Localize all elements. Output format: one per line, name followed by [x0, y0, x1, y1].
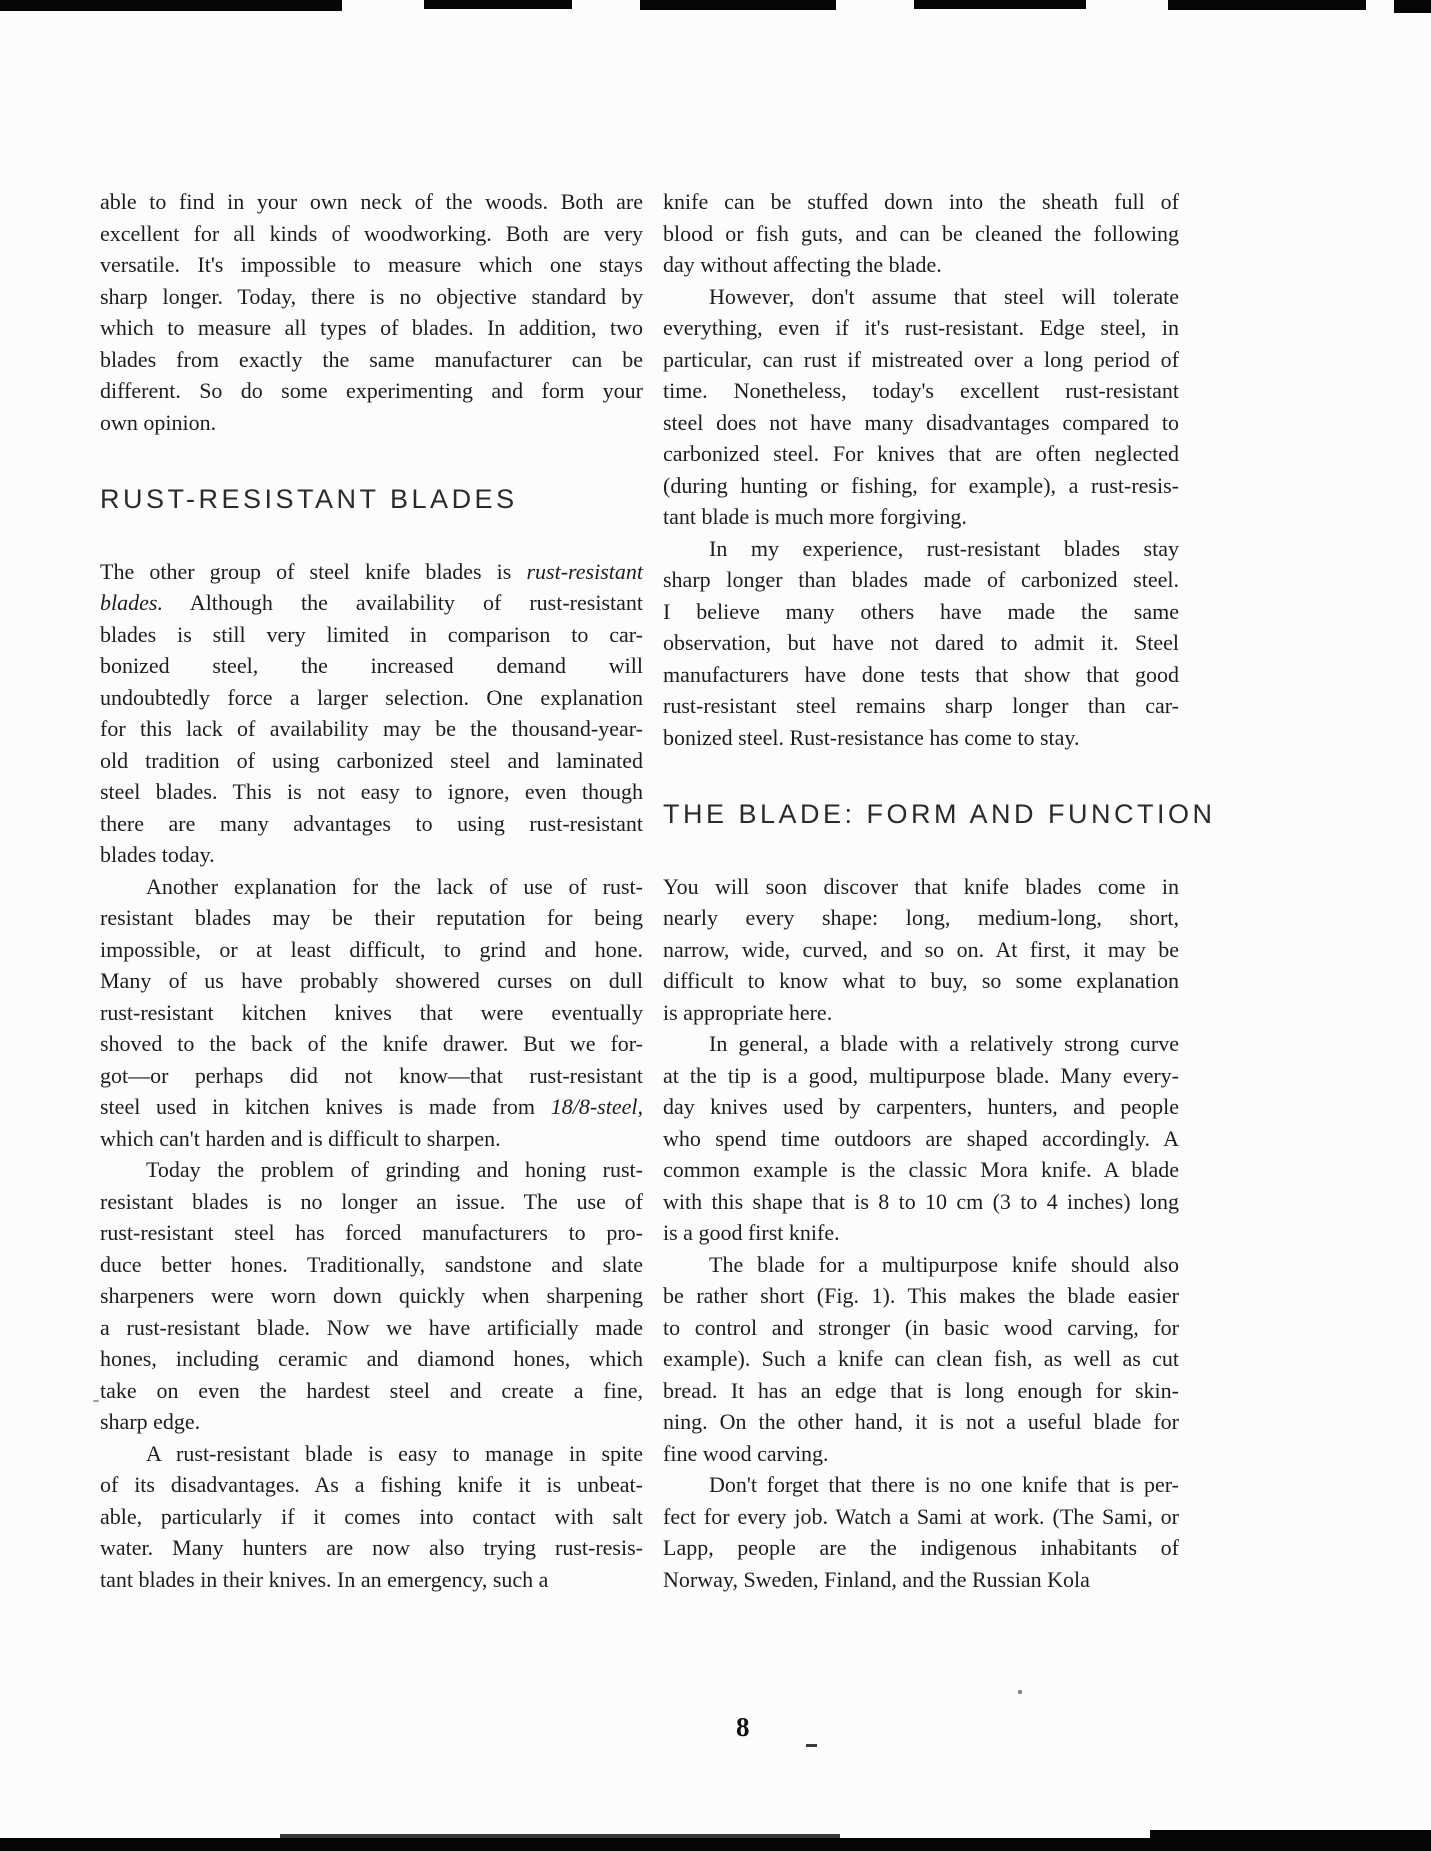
text-line: who spend time outdoors are shaped accor… [663, 1123, 1179, 1155]
text-line: fect for every job. Watch a Sami at work… [663, 1501, 1179, 1533]
text-line: (during hunting or fishing, for example)… [663, 470, 1179, 502]
text-line: resistant blades is no longer an issue. … [100, 1186, 643, 1218]
text-line: of its disadvantages. As a fishing knife… [100, 1469, 643, 1501]
paragraph: In general, a blade with a relatively st… [663, 1028, 1179, 1249]
paragraph: However, don't assume that steel will to… [663, 281, 1179, 533]
text-line: sharp edge. [100, 1406, 643, 1438]
text-line: ning. On the other hand, it is not a use… [663, 1406, 1179, 1438]
right-column: knife can be stuffed down into the sheat… [663, 186, 1179, 1595]
text-line: I believe many others have made the same [663, 596, 1179, 628]
text-line: blades today. [100, 839, 643, 871]
text-line: day without affecting the blade. [663, 249, 1179, 281]
text-line: own opinion. [100, 407, 643, 439]
text-line: everything, even if it's rust-resistant.… [663, 312, 1179, 344]
left-column: able to find in your own neck of the woo… [100, 186, 643, 1595]
text-line: duce better hones. Traditionally, sandst… [100, 1249, 643, 1281]
text-line: Another explanation for the lack of use … [100, 871, 643, 903]
text-line: observation, but have not dared to admit… [663, 627, 1179, 659]
text-line: old tradition of using carbonized steel … [100, 745, 643, 777]
text-line: which to measure all types of blades. In… [100, 312, 643, 344]
text-line: particular, can rust if mistreated over … [663, 344, 1179, 376]
text-line: day knives used by carpenters, hunters, … [663, 1091, 1179, 1123]
text-line: resistant blades may be their reputation… [100, 902, 643, 934]
text-line: A rust-resistant blade is easy to manage… [100, 1438, 643, 1470]
text-line: steel does not have many disadvantages c… [663, 407, 1179, 439]
text-line: rust-resistant steel remains sharp longe… [663, 690, 1179, 722]
text-line: to control and stronger (in basic wood c… [663, 1312, 1179, 1344]
paragraph: The other group of steel knife blades is… [100, 556, 643, 871]
the-blade-form-and-function-heading: THE BLADE: FORM AND FUNCTION [663, 799, 1179, 831]
rust-resistant-blades-heading: RUST-RESISTANT BLADES [100, 484, 643, 516]
text-line: able to find in your own neck of the woo… [100, 186, 643, 218]
text-line: versatile. It's impossible to measure wh… [100, 249, 643, 281]
text-line: undoubtedly force a larger selection. On… [100, 682, 643, 714]
text-line: However, don't assume that steel will to… [663, 281, 1179, 313]
text-line: a rust-resistant blade. Now we have arti… [100, 1312, 643, 1344]
text-line: Lapp, people are the indigenous inhabita… [663, 1532, 1179, 1564]
text-line: blood or fish guts, and can be cleaned t… [663, 218, 1179, 250]
paragraph: Another explanation for the lack of use … [100, 871, 643, 1155]
text-line: shoved to the back of the knife drawer. … [100, 1028, 643, 1060]
text-line: blades from exactly the same manufacture… [100, 344, 643, 376]
paragraph: A rust-resistant blade is easy to manage… [100, 1438, 643, 1596]
text-line: You will soon discover that knife blades… [663, 871, 1179, 903]
text-line: bread. It has an edge that is long enoug… [663, 1375, 1179, 1407]
text-line: In general, a blade with a relatively st… [663, 1028, 1179, 1060]
text-line: there are many advantages to using rust-… [100, 808, 643, 840]
text-line: tant blades in their knives. In an emerg… [100, 1564, 643, 1596]
text-line: carbonized steel. For knives that are of… [663, 438, 1179, 470]
text-line: take on even the hardest steel and creat… [100, 1375, 643, 1407]
text-line: hones, including ceramic and diamond hon… [100, 1343, 643, 1375]
text-line: sharpeners were worn down quickly when s… [100, 1280, 643, 1312]
text-line: is appropriate here. [663, 997, 1179, 1029]
scan-speck [806, 1744, 817, 1747]
text-line: for this lack of availability may be the… [100, 713, 643, 745]
text-line: common example is the classic Mora knife… [663, 1154, 1179, 1186]
paragraph: Today the problem of grinding and honing… [100, 1154, 643, 1438]
text-line: which can't harden and is difficult to s… [100, 1123, 643, 1155]
text-line: Today the problem of grinding and honing… [100, 1154, 643, 1186]
paragraph: able to find in your own neck of the woo… [100, 186, 643, 438]
text-line: sharp longer. Today, there is no objecti… [100, 281, 643, 313]
text-line: excellent for all kinds of woodworking. … [100, 218, 643, 250]
text-line: In my experience, rust-resistant blades … [663, 533, 1179, 565]
text-line: rust-resistant steel has forced manufact… [100, 1217, 643, 1249]
text-line: Norway, Sweden, Finland, and the Russian… [663, 1564, 1179, 1596]
text-line: Many of us have probably showered curses… [100, 965, 643, 997]
text-line: fine wood carving. [663, 1438, 1179, 1470]
text-line: time. Nonetheless, today's excellent rus… [663, 375, 1179, 407]
text-line: blades. Although the availability of rus… [100, 587, 643, 619]
text-line: with this shape that is 8 to 10 cm (3 to… [663, 1186, 1179, 1218]
text-line: different. So do some experimenting and … [100, 375, 643, 407]
scanned-book-page: able to find in your own neck of the woo… [0, 0, 1431, 1851]
page-number: 8 [736, 1712, 750, 1743]
text-line: water. Many hunters are now also trying … [100, 1532, 643, 1564]
text-line: manufacturers have done tests that show … [663, 659, 1179, 691]
text-line: is a good first knife. [663, 1217, 1179, 1249]
text-line: sharp longer than blades made of carboni… [663, 564, 1179, 596]
text-line: The blade for a multipurpose knife shoul… [663, 1249, 1179, 1281]
text-line: difficult to know what to buy, so some e… [663, 965, 1179, 997]
scan-speck [1018, 1690, 1022, 1694]
text-line: impossible, or at least difficult, to gr… [100, 934, 643, 966]
text-line: Don't forget that there is no one knife … [663, 1469, 1179, 1501]
text-line: example). Such a knife can clean fish, a… [663, 1343, 1179, 1375]
text-line: blades is still very limited in comparis… [100, 619, 643, 651]
paragraph: The blade for a multipurpose knife shoul… [663, 1249, 1179, 1470]
text-line: The other group of steel knife blades is… [100, 556, 643, 588]
text-line: be rather short (Fig. 1). This makes the… [663, 1280, 1179, 1312]
text-line: rust-resistant kitchen knives that were … [100, 997, 643, 1029]
text-line: knife can be stuffed down into the sheat… [663, 186, 1179, 218]
text-line: able, particularly if it comes into cont… [100, 1501, 643, 1533]
text-line: steel blades. This is not easy to ignore… [100, 776, 643, 808]
text-line: got—or perhaps did not know—that rust-re… [100, 1060, 643, 1092]
paragraph: knife can be stuffed down into the sheat… [663, 186, 1179, 281]
text-line: at the tip is a good, multipurpose blade… [663, 1060, 1179, 1092]
paragraph: You will soon discover that knife blades… [663, 871, 1179, 1029]
paragraph: Don't forget that there is no one knife … [663, 1469, 1179, 1595]
text-line: narrow, wide, curved, and so on. At firs… [663, 934, 1179, 966]
text-line: nearly every shape: long, medium-long, s… [663, 902, 1179, 934]
text-line: bonized steel, the increased demand will [100, 650, 643, 682]
scan-speck [795, 1450, 798, 1453]
text-line: steel used in kitchen knives is made fro… [100, 1091, 643, 1123]
scan-speck [93, 1400, 99, 1402]
paragraph: In my experience, rust-resistant blades … [663, 533, 1179, 754]
text-line: tant blade is much more forgiving. [663, 501, 1179, 533]
text-line: bonized steel. Rust-resistance has come … [663, 722, 1179, 754]
